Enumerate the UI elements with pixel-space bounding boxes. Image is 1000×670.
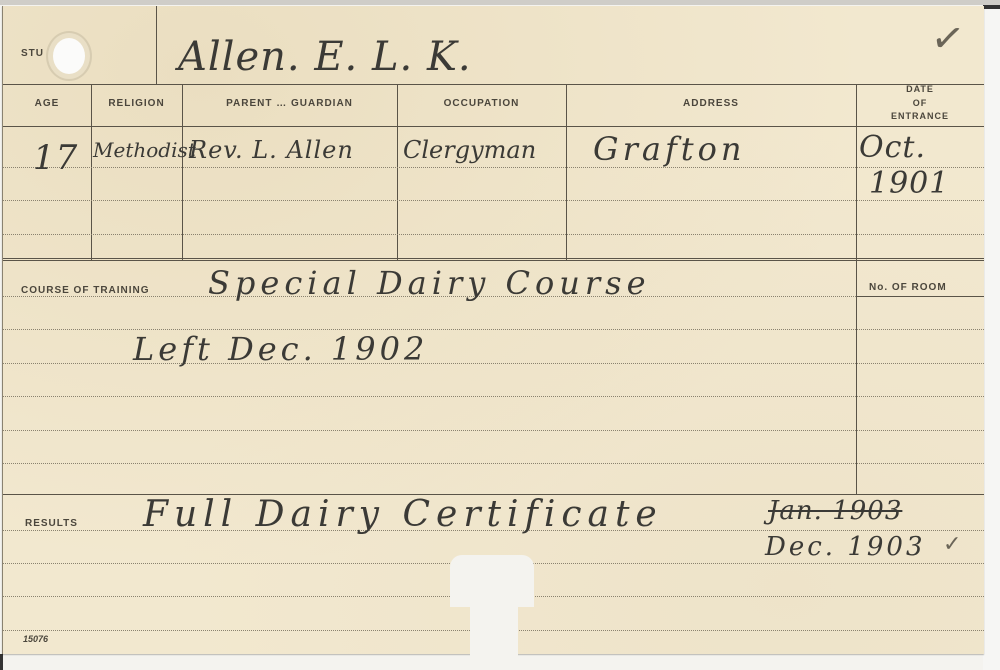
header-date: DATE <box>856 84 984 94</box>
student-label: STU <box>21 48 44 59</box>
entrance-month-value: Oct. <box>859 130 926 165</box>
occupation-value: Clergyman <box>403 136 536 164</box>
ruled-line <box>3 463 984 464</box>
ruled-line <box>3 430 984 431</box>
header-of: OF <box>856 98 984 108</box>
divider <box>156 6 157 84</box>
check-icon: ✓ <box>943 532 961 557</box>
ruled-line <box>3 200 984 201</box>
ruled-line <box>3 167 984 168</box>
punch-hole <box>53 38 85 74</box>
header-parent-guardian: PARENT … GUARDIAN <box>182 98 397 109</box>
results-text: Full Dairy Certificate <box>143 494 663 535</box>
scan-edge-mark <box>983 5 1000 9</box>
scan-edge-mark <box>0 654 3 670</box>
parent-guardian-value: Rev. L. Allen <box>189 136 354 164</box>
divider <box>3 126 984 127</box>
address-value: Grafton <box>593 130 746 168</box>
results-label: RESULTS <box>25 518 78 529</box>
divider <box>856 84 857 494</box>
header-entrance: ENTRANCE <box>856 111 984 121</box>
header-religion: RELIGION <box>91 98 182 109</box>
course-label: COURSE OF TRAINING <box>21 285 150 296</box>
tab-notch-slot <box>470 600 518 670</box>
divider <box>856 296 984 297</box>
divider <box>3 84 984 85</box>
check-icon: ✓ <box>928 14 968 64</box>
ruled-line <box>3 234 984 235</box>
ruled-line <box>3 396 984 397</box>
section-divider <box>3 258 984 261</box>
room-label: No. OF ROOM <box>869 282 947 293</box>
header-occupation: OCCUPATION <box>397 98 566 109</box>
religion-value: Methodist <box>93 138 196 162</box>
form-number: 15076 <box>23 634 48 644</box>
course-line-2: Left Dec. 1902 <box>133 330 428 368</box>
scan-border-top <box>0 0 1000 5</box>
course-line-1: Special Dairy Course <box>208 264 651 302</box>
results-struck-date: Jan. 1903 <box>768 496 902 526</box>
scan-background-right <box>983 5 1000 670</box>
header-address: ADDRESS <box>566 98 856 109</box>
header-age: AGE <box>3 98 91 109</box>
entrance-year-value: 1901 <box>869 166 949 201</box>
age-value: 17 <box>33 138 78 178</box>
student-name: Allen. E. L. K. <box>178 34 472 80</box>
results-corrected-date: Dec. 1903 <box>765 532 926 562</box>
